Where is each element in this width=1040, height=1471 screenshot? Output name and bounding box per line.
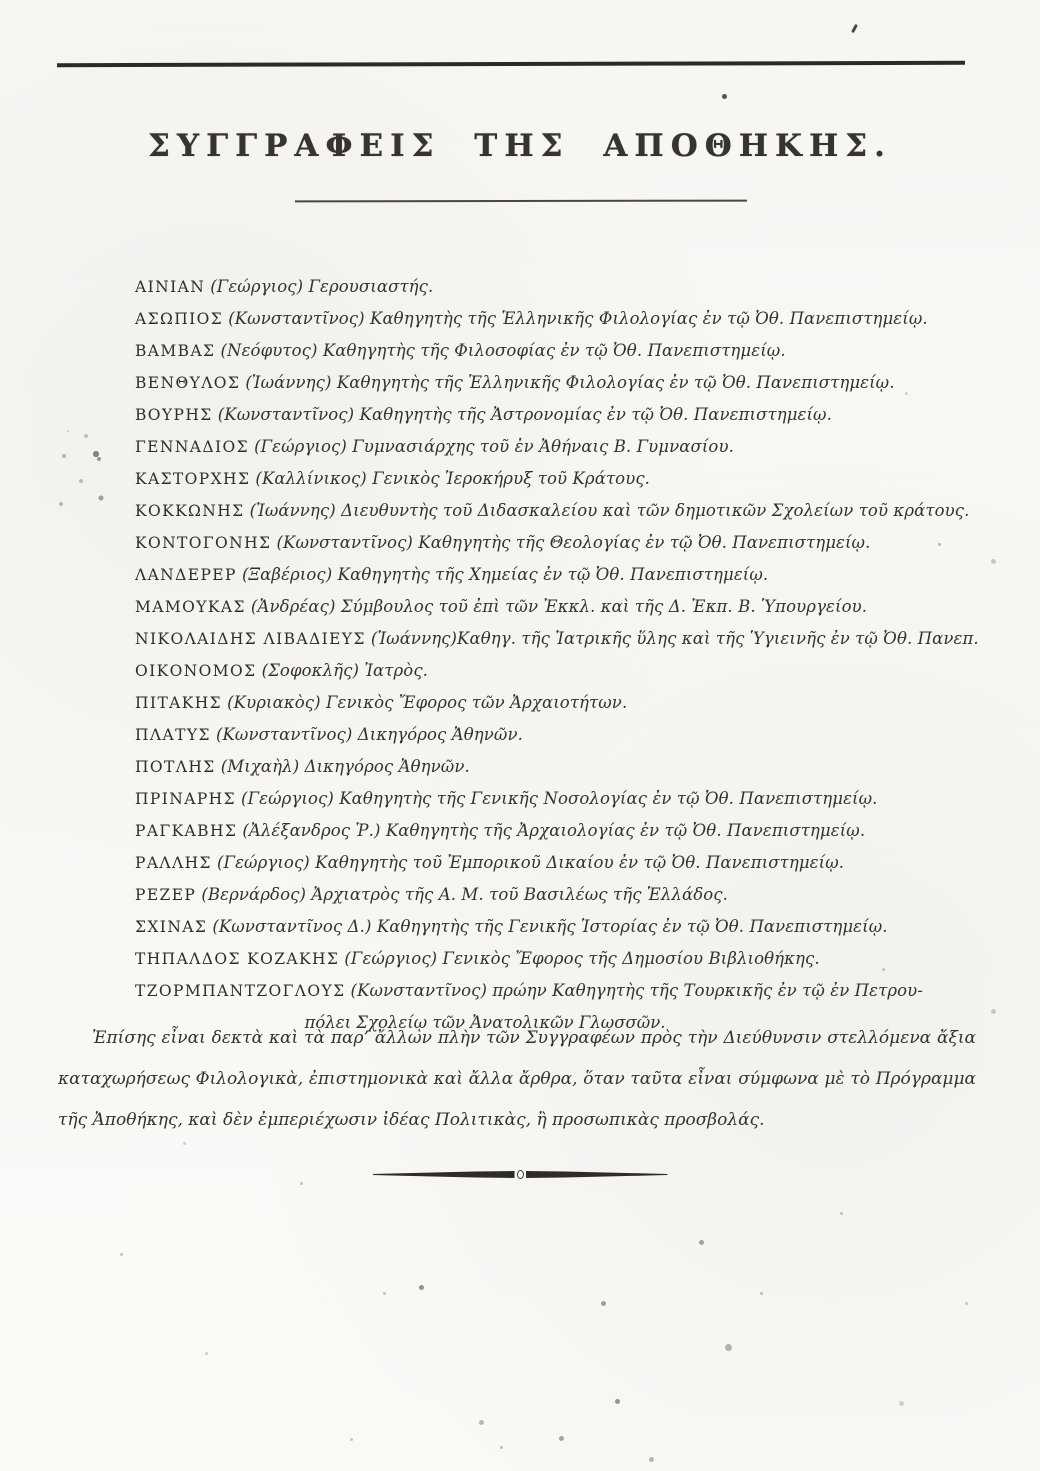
author-rest: (Κωνσταντῖνος Δ.) Καθηγητὴς τῆς Γενικῆς …: [212, 917, 887, 936]
author-rest: (Μιχαὴλ) Δικηγόρος Ἀθηνῶν.: [221, 757, 470, 776]
author-rest: (Κωνσταντῖνος) Καθηγητὴς τῆς Ἑλληνικῆς Φ…: [228, 309, 928, 328]
author-name: ΠΙΤΑΚΗΣ: [135, 694, 222, 712]
author-name: ΚΟΝΤΟΓΟΝΗΣ: [135, 534, 271, 552]
author-row: ΝΙΚΟΛΑΙΔΗΣ ΛΙΒΑΔΙΕΥΣ (Ἰωάννης)Καθηγ. τῆς…: [135, 623, 995, 655]
ornament-right-taper: [526, 1171, 668, 1178]
submission-note: Ἐπίσης εἶναι δεκτὰ καὶ τὰ παρ’ ἄλλων πλὴ…: [58, 1018, 976, 1141]
scan-specks: [0, 0, 3, 3]
author-rest: (Γεώργιος) Γενικὸς Ἔφορος τῆς Δημοσίου Β…: [344, 949, 819, 968]
author-row: ΑΙΝΙΑΝ (Γεώργιος) Γερουσιαστής.: [135, 271, 995, 303]
author-row: ΒΕΝΘΥΛΟΣ (Ἰωάννης) Καθηγητὴς τῆς Ἑλληνικ…: [135, 367, 995, 399]
author-row: ΡΕΖΕΡ (Βερνάρδος) Ἀρχιατρὸς τῆς Α. Μ. το…: [135, 879, 995, 911]
author-name: ΜΑΜΟΥΚΑΣ: [135, 598, 246, 616]
author-row: ΚΟΝΤΟΓΟΝΗΣ (Κωνσταντῖνος) Καθηγητὴς τῆς …: [135, 527, 995, 559]
author-rest: (Γεώργιος) Γυμνασιάρχης τοῦ ἐν Ἀθήναις Β…: [254, 437, 734, 456]
ornament-center-ring: [517, 1170, 524, 1179]
author-name: ΟΙΚΟΝΟΜΟΣ: [135, 662, 257, 680]
author-rest: (Ἀλέξανδρος Ῥ.) Καθηγητὴς τῆς Ἀρχαιολογί…: [242, 821, 865, 840]
author-name: ΓΕΝΝΑΔΙΟΣ: [135, 438, 249, 456]
author-rest: (Κωνσταντῖνος) Καθηγητὴς τῆς Ἀστρονομίας…: [218, 405, 832, 424]
author-row: ΠΡΙΝΑΡΗΣ (Γεώργιος) Καθηγητὴς τῆς Γενικῆ…: [135, 783, 995, 815]
margin-smudge: [55, 425, 57, 427]
author-rest: (Γεώργιος) Καθηγητὴς τοῦ Ἐμπορικοῦ Δικαί…: [217, 853, 844, 872]
author-name: ΚΑΣΤΟΡΧΗΣ: [135, 470, 250, 488]
author-name: ΝΙΚΟΛΑΙΔΗΣ ΛΙΒΑΔΙΕΥΣ: [135, 630, 366, 648]
author-rest: (Κωνσταντῖνος) Καθηγητὴς τῆς Θεολογίας ἐ…: [277, 533, 871, 552]
author-name: ΑΙΝΙΑΝ: [135, 278, 205, 296]
author-rest: (Κωνσταντῖνος) Δικηγόρος Ἀθηνῶν.: [216, 725, 523, 744]
author-row: ΠΛΑΤΥΣ (Κωνσταντῖνος) Δικηγόρος Ἀθηνῶν.: [135, 719, 995, 751]
author-rest: (Ἀνδρέας) Σύμβουλος τοῦ ἐπὶ τῶν Ἐκκλ. κα…: [251, 597, 867, 616]
top-double-rule: [57, 61, 965, 67]
author-row: ΜΑΜΟΥΚΑΣ (Ἀνδρέας) Σύμβουλος τοῦ ἐπὶ τῶν…: [135, 591, 995, 623]
author-name: ΒΕΝΘΥΛΟΣ: [135, 374, 240, 392]
author-rest: (Βερνάρδος) Ἀρχιατρὸς τῆς Α. Μ. τοῦ Βασι…: [201, 885, 728, 904]
author-row: ΟΙΚΟΝΟΜΟΣ (Σοφοκλῆς) Ἰατρὸς.: [135, 655, 995, 687]
page-title: ΣΥΓΓΡΑΦΕΙΣ ΤΗΣ ΑΠΟΘΗΚΗΣ.: [0, 128, 1040, 164]
author-rest: (Ξαβέριος) Καθηγητὴς τῆς Χημείας ἐν τῷ Ὀ…: [242, 565, 768, 584]
author-rest: (Σοφοκλῆς) Ἰατρὸς.: [262, 661, 428, 680]
author-name: ΡΑΛΛΗΣ: [135, 854, 212, 872]
author-row: ΛΑΝΔΕΡΕΡ (Ξαβέριος) Καθηγητὴς τῆς Χημεία…: [135, 559, 995, 591]
author-row: ΡΑΛΛΗΣ (Γεώργιος) Καθηγητὴς τοῦ Ἐμπορικο…: [135, 847, 995, 879]
author-rest: (Γεώργιος) Καθηγητὴς τῆς Γενικῆς Νοσολογ…: [241, 789, 878, 808]
author-rest: (Ἰωάννης)Καθηγ. τῆς Ἰατρικῆς ὕλης καὶ τῆ…: [371, 629, 979, 648]
author-row: ΠΟΤΛΗΣ (Μιχαὴλ) Δικηγόρος Ἀθηνῶν.: [135, 751, 995, 783]
ornament-divider: [0, 1170, 1040, 1179]
author-name: ΑΣΩΠΙΟΣ: [135, 310, 223, 328]
author-row: ΤΗΠΑΛΔΟΣ ΚΟΖΑΚΗΣ (Γεώργιος) Γενικὸς Ἔφορ…: [135, 943, 995, 975]
authors-list: ΑΙΝΙΑΝ (Γεώργιος) Γερουσιαστής. ΑΣΩΠΙΟΣ …: [135, 271, 995, 1038]
author-name: ΠΟΤΛΗΣ: [135, 758, 216, 776]
author-name: ΠΛΑΤΥΣ: [135, 726, 211, 744]
author-rest: (Νεόφυτος) Καθηγητὴς τῆς Φιλοσοφίας ἐν τ…: [221, 341, 786, 360]
author-name: ΒΟΥΡΗΣ: [135, 406, 213, 424]
author-name: ΚΟΚΚΩΝΗΣ: [135, 502, 245, 520]
author-row: ΑΣΩΠΙΟΣ (Κωνσταντῖνος) Καθηγητὴς τῆς Ἑλλ…: [135, 303, 995, 335]
ornament-left-taper: [373, 1171, 515, 1178]
author-rest: (Καλλίνικος) Γενικὸς Ἱεροκήρυξ τοῦ Κράτο…: [255, 469, 650, 488]
author-row: ΠΙΤΑΚΗΣ (Κυριακὸς) Γενικὸς Ἔφορος τῶν Ἀρ…: [135, 687, 995, 719]
author-rest: (Κωνσταντῖνος) πρώην Καθηγητὴς τῆς Τουρκ…: [351, 981, 923, 1000]
author-rest: (Κυριακὸς) Γενικὸς Ἔφορος τῶν Ἀρχαιοτήτω…: [227, 693, 627, 712]
author-name: ΡΑΓΚΑΒΗΣ: [135, 822, 237, 840]
author-row: ΒΑΜΒΑΣ (Νεόφυτος) Καθηγητὴς τῆς Φιλοσοφί…: [135, 335, 995, 367]
author-name: ΣΧΙΝΑΣ: [135, 918, 207, 936]
author-name: ΠΡΙΝΑΡΗΣ: [135, 790, 236, 808]
author-row: ΚΟΚΚΩΝΗΣ (Ἰωάννης) Διευθυντὴς τοῦ Διδασκ…: [135, 495, 995, 527]
author-rest: (Ἰωάννης) Καθηγητὴς τῆς Ἑλληνικῆς Φιλολο…: [245, 373, 894, 392]
author-row: ΒΟΥΡΗΣ (Κωνσταντῖνος) Καθηγητὴς τῆς Ἀστρ…: [135, 399, 995, 431]
author-name: ΤΗΠΑΛΔΟΣ ΚΟΖΑΚΗΣ: [135, 950, 339, 968]
author-row: ΣΧΙΝΑΣ (Κωνσταντῖνος Δ.) Καθηγητὴς τῆς Γ…: [135, 911, 995, 943]
author-name: ΛΑΝΔΕΡΕΡ: [135, 566, 237, 584]
title-underline: [295, 200, 747, 203]
author-rest: (Γεώργιος) Γερουσιαστής.: [210, 277, 433, 296]
author-rest: (Ἰωάννης) Διευθυντὴς τοῦ Διδασκαλείου κα…: [250, 501, 970, 520]
author-row: ΚΑΣΤΟΡΧΗΣ (Καλλίνικος) Γενικὸς Ἱεροκήρυξ…: [135, 463, 995, 495]
author-name: ΡΕΖΕΡ: [135, 886, 196, 904]
author-row: ΓΕΝΝΑΔΙΟΣ (Γεώργιος) Γυμνασιάρχης τοῦ ἐν…: [135, 431, 995, 463]
ink-mark: [851, 24, 858, 33]
author-name: ΤΖΟΡΜΠΑΝΤΖΟΓΛΟΥΣ: [135, 982, 345, 1000]
author-row: ΡΑΓΚΑΒΗΣ (Ἀλέξανδρος Ῥ.) Καθηγητὴς τῆς Ἀ…: [135, 815, 995, 847]
scanned-page: ΣΥΓΓΡΑΦΕΙΣ ΤΗΣ ΑΠΟΘΗΚΗΣ. ΑΙΝΙΑΝ (Γεώργιο…: [0, 0, 1040, 1471]
author-name: ΒΑΜΒΑΣ: [135, 342, 215, 360]
